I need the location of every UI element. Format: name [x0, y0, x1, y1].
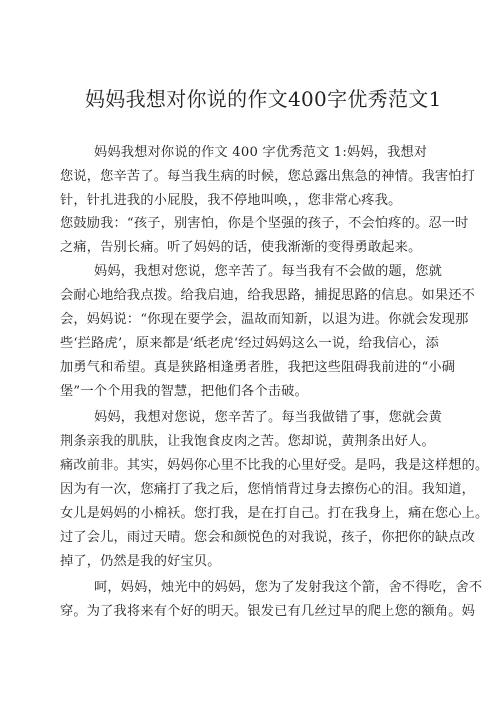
paragraph-line: 您鼓励我：“孩子，别害怕，你是个坚强的孩子，不会怕疼的。忍一时 — [60, 212, 460, 231]
paragraph-line: 呵，妈妈，烛光中的妈妈，您为了发射我这个箭，舍不得吃，舍不 — [94, 576, 494, 595]
paragraph-line: 针，针扎进我的小屁股，我不停地叫唤，，您非常心疼我。 — [60, 189, 460, 208]
document-page: 妈妈我想对你说的作文400字优秀范文1 妈妈我想对你说的作文 400 字优秀范文… — [0, 0, 500, 708]
paragraph-line: 堡”一个个用我的智慧，把他们各个击破。 — [60, 380, 460, 399]
paragraph-line: 会耐心地给我点拨。给我启迪，给我思路，捕捉思路的信息。如果还不 — [60, 284, 460, 303]
paragraph-line: 些‘拦路虎’，原来都是‘纸老虎‘经过妈妈这么一说，给我信心，添 — [60, 332, 460, 351]
paragraph-line: 加勇气和希望。真是狭路相逢勇者胜，我把这些阻碍我前进的“小碉 — [60, 356, 460, 375]
paragraph-line: 过了会儿，雨过天晴。您会和颜悦色的对我说，孩子，你把你的缺点改 — [60, 526, 460, 545]
paragraph-line: 掉了，仍然是我的好宝贝。 — [60, 550, 460, 569]
paragraph-line: 痛改前非。其实，妈妈你心里不比我的心里好受。是吗，我是这样想的。 — [60, 454, 460, 473]
paragraph-line: 穿。为了我将来有个好的明天。银发已有几丝过早的爬上您的额角。妈 — [60, 600, 460, 619]
paragraph-line: 您说，您辛苦了。每当我生病的时候，您总露出焦急的神情。我害怕打 — [60, 165, 460, 184]
paragraph-line: 女儿是妈妈的小棉袄。您打我，是在打自己。打在我身上，痛在您心上。 — [60, 502, 460, 521]
paragraph-line: 会，妈妈说：“你现在要学会，温故而知新，以退为进。你就会发现那 — [60, 308, 460, 327]
paragraph-line: 妈妈我想对你说的作文 400 字优秀范文 1:妈妈，我想对 — [94, 141, 494, 160]
paragraph-line: 因为有一次，您痛打了我之后，您悄悄背过身去擦伤心的泪。我知道， — [60, 478, 460, 497]
paragraph-line: 妈妈，我想对您说，您辛苦了。每当我做错了事，您就会黄 — [94, 406, 494, 425]
paragraph-line: 之痛，告别长痛。听了妈妈的话，使我渐渐的变得勇敢起来。 — [60, 236, 460, 255]
paragraph-line: 妈妈，我想对您说，您辛苦了。每当我有不会做的题，您就 — [94, 260, 494, 279]
paragraph-line: 荆条亲我的肌肤，让我饱食皮肉之苦。您却说，黄荆条出好人。 — [60, 430, 460, 449]
document-title: 妈妈我想对你说的作文400字优秀范文1 — [85, 83, 442, 112]
